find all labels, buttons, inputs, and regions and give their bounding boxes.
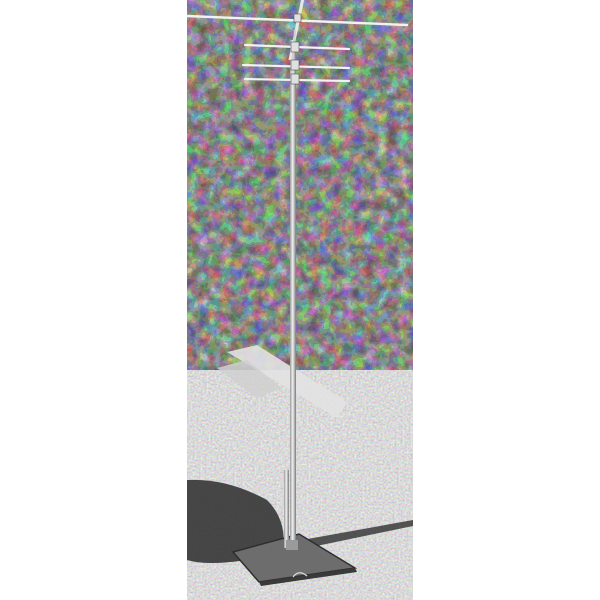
foliage-background [187, 0, 413, 380]
antenna-photo [187, 0, 413, 600]
